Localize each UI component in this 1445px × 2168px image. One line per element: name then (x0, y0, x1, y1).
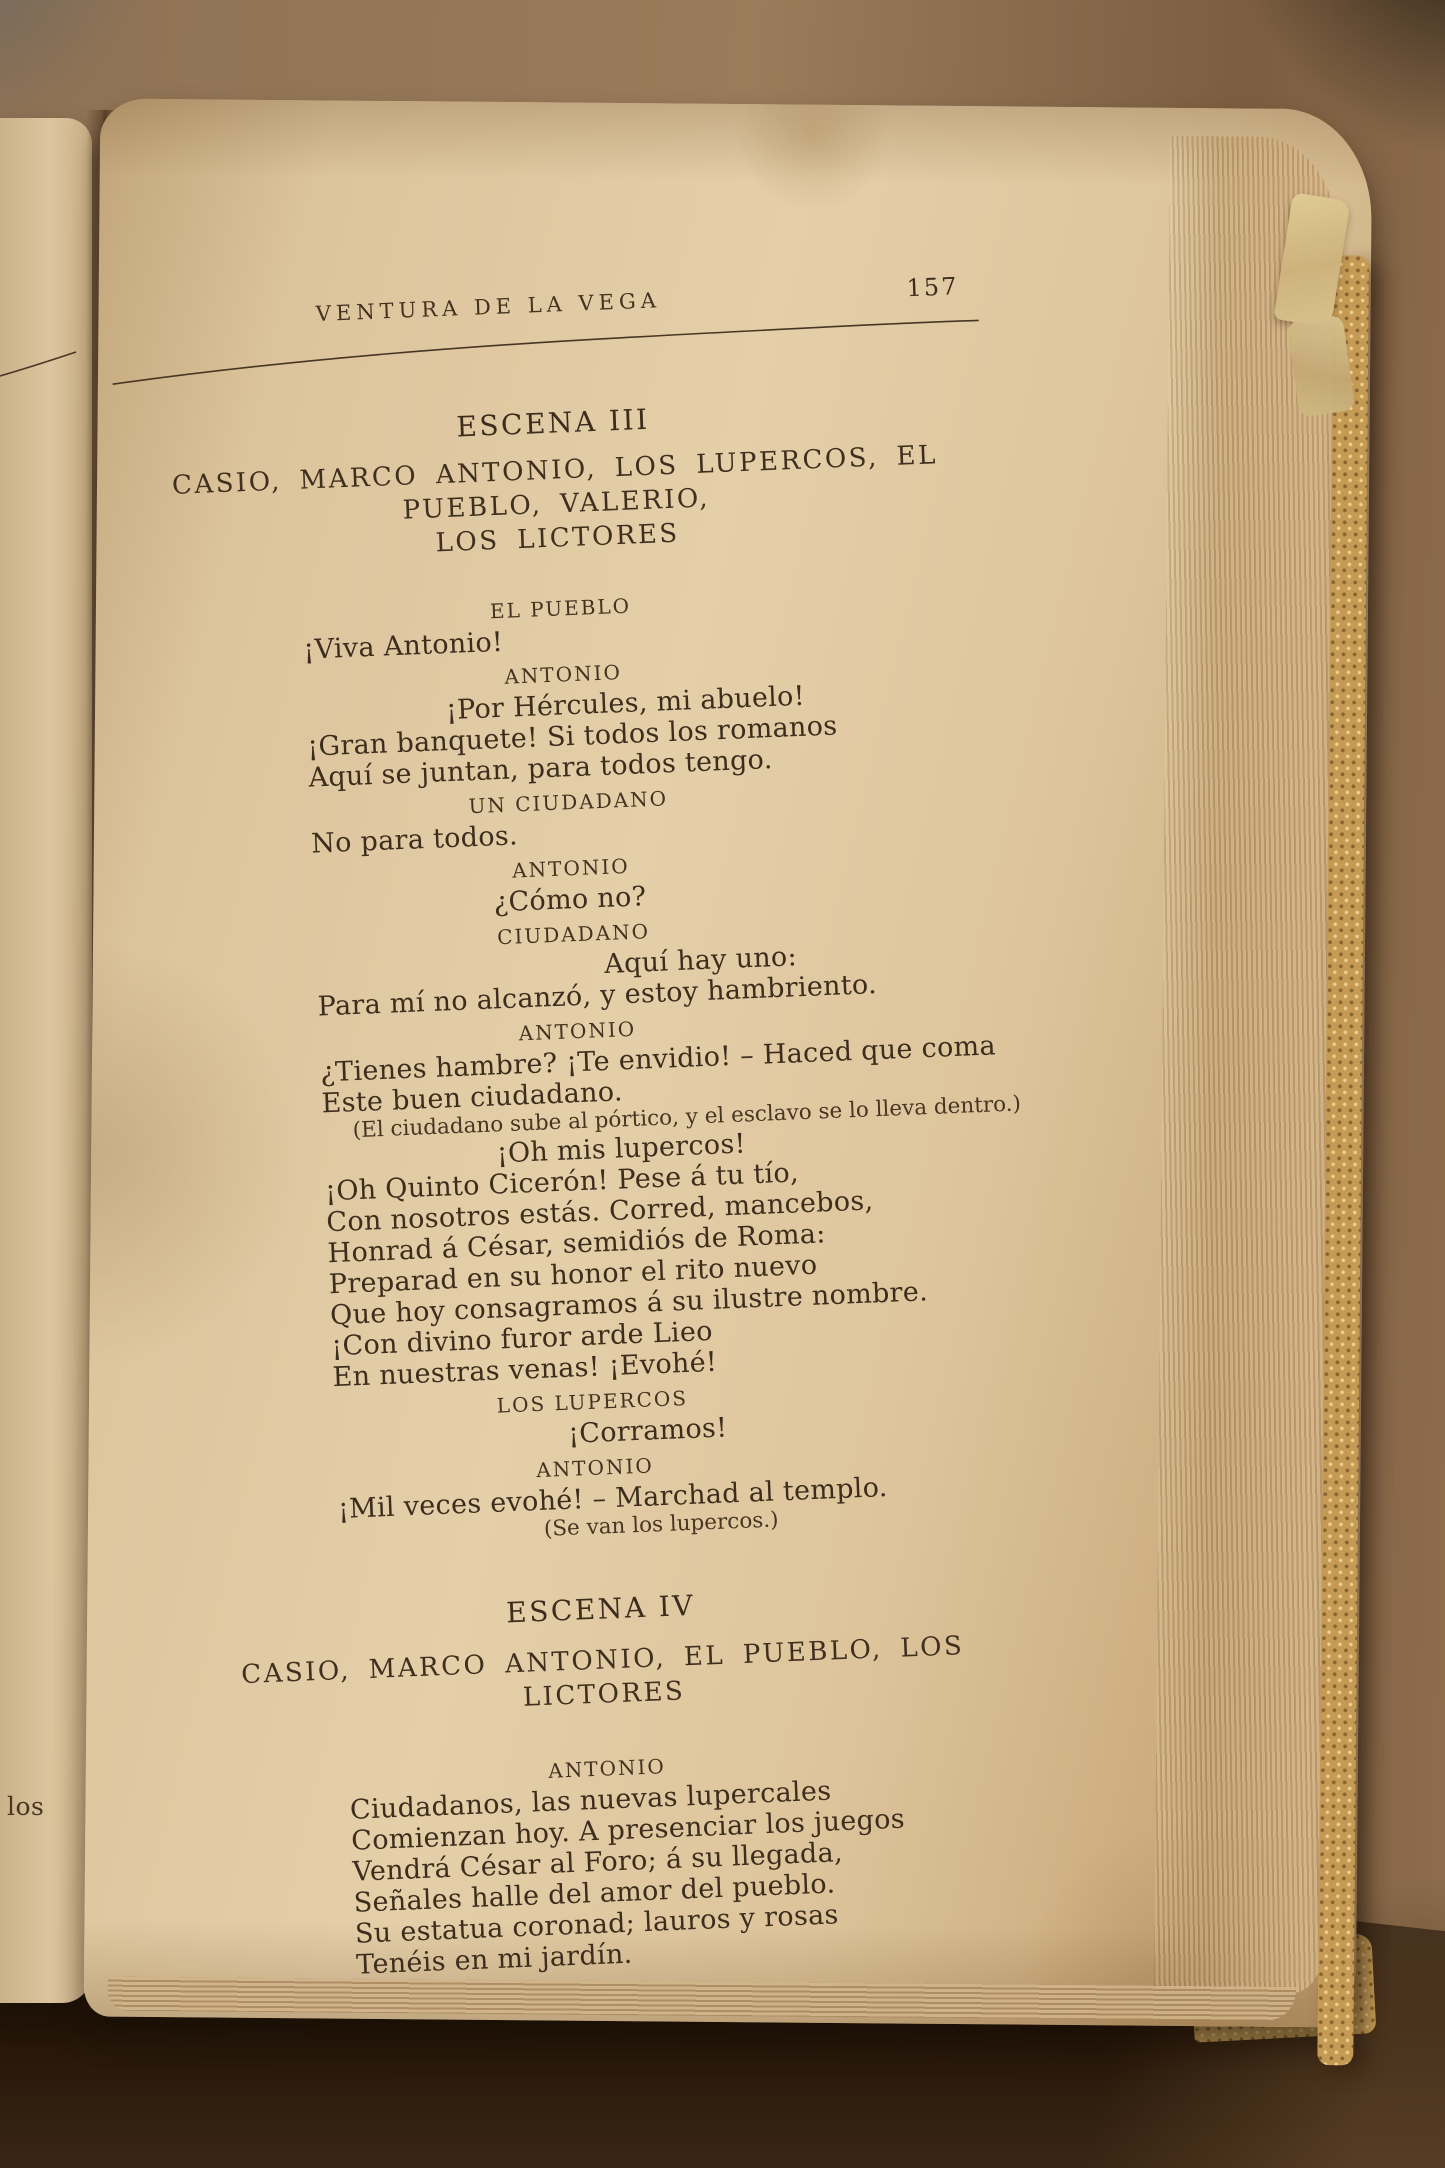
book-photo: los VENTURA DE LA VEGA 157 ESCENA III CA… (0, 0, 1445, 2168)
scene4-cast-list: CASIO, MARCO ANTONIO, EL PUEBLO, LOS LIC… (154, 1626, 1053, 1730)
page-number: 157 (906, 272, 959, 302)
scene3-dialogue: EL PUEBLO¡Viva Antonio!ANTONIO¡Por Hércu… (112, 571, 1046, 1558)
left-page-header-rule (0, 346, 80, 382)
cast-line: CASIO, MARCO ANTONIO, EL PUEBLO, LOS LIC… (154, 1626, 1053, 1730)
left-page: los (0, 118, 92, 2003)
left-page-text-fragment: los (7, 1792, 44, 1821)
printed-page-content: VENTURA DE LA VEGA 157 ESCENA III CASIO,… (100, 275, 1064, 1989)
scene4-dialogue: ANTONIOCiudadanos, las nuevas lupercales… (158, 1732, 1063, 1989)
scene3-cast-list: CASIO, MARCO ANTONIO, LOS LUPERCOS, EL P… (106, 436, 1006, 574)
